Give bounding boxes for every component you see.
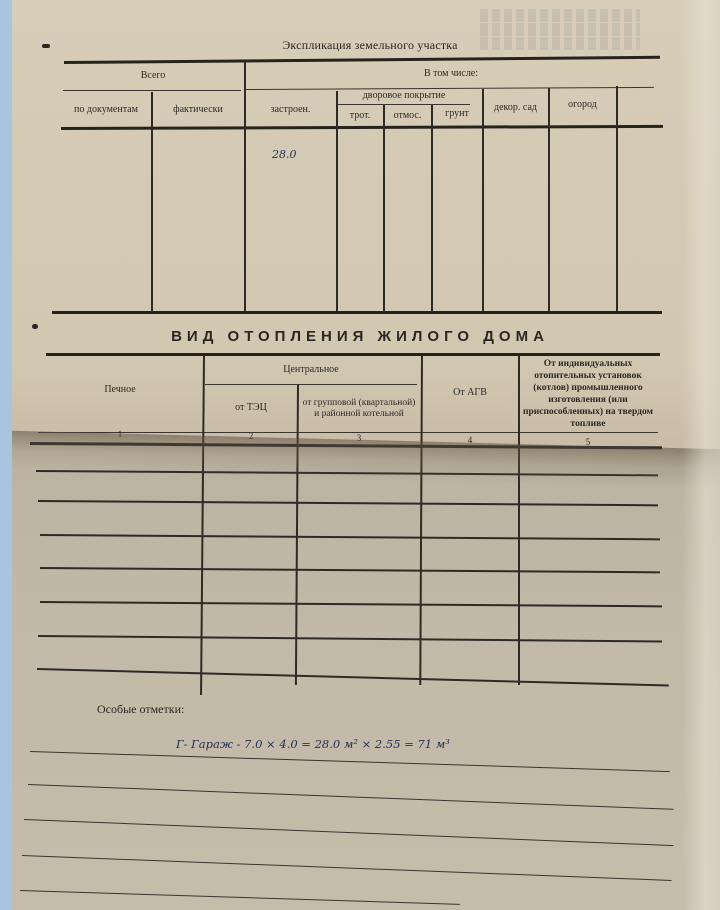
special-notes-label: Особые отметки: bbox=[97, 702, 184, 717]
header-from-chp: от ТЭЦ bbox=[205, 388, 297, 428]
ink-mark bbox=[32, 324, 38, 329]
land-col-divider bbox=[383, 105, 385, 311]
land-col-divider bbox=[431, 105, 433, 311]
header-central: Центральное bbox=[205, 358, 417, 382]
col-number-5: 5 bbox=[520, 436, 656, 448]
header-by-documents: по документам bbox=[62, 94, 150, 126]
heating-section-title: ВИД ОТОПЛЕНИЯ ЖИЛОГО ДОМА bbox=[60, 328, 660, 345]
header-including: В том числе: bbox=[246, 62, 656, 86]
col-number-3: 3 bbox=[299, 432, 419, 444]
document-page bbox=[12, 0, 720, 910]
header-yard-cover: дворовое покрытие bbox=[338, 88, 470, 104]
ink-blot bbox=[42, 44, 50, 48]
header-extra bbox=[617, 90, 659, 120]
land-table-total-divider bbox=[63, 90, 241, 91]
col-number-4: 4 bbox=[423, 434, 517, 446]
central-divider bbox=[205, 384, 417, 385]
header-vegetable-garden: огород bbox=[549, 90, 616, 120]
header-from-boiler-house: от групповой (квартальной) и районной ко… bbox=[299, 388, 419, 430]
header-blind-area: отмос. bbox=[384, 106, 431, 126]
header-actual: фактически bbox=[152, 94, 244, 126]
built-up-value: 28.0 bbox=[272, 148, 297, 161]
land-table-bottom-border bbox=[52, 311, 662, 314]
header-built-up: застроен. bbox=[245, 94, 336, 126]
header-ground: грунт bbox=[432, 104, 482, 124]
col-number-1: 1 bbox=[40, 428, 200, 440]
header-from-agv: От АГВ bbox=[423, 360, 517, 426]
header-sidewalk: трот. bbox=[337, 106, 383, 126]
land-section-title: Экспликация земельного участка bbox=[200, 38, 540, 53]
land-col-divider bbox=[548, 88, 550, 311]
header-individual-units: От индивидуальных отопительных установок… bbox=[520, 356, 656, 432]
special-note-entry: Г- Гараж - 7.0 × 4.0 = 28.0 м² × 2.55 = … bbox=[176, 737, 450, 751]
header-stove: Печное bbox=[40, 360, 200, 420]
col-number-2: 2 bbox=[205, 430, 297, 442]
header-total: Всего bbox=[64, 64, 242, 88]
header-decor-garden: декор. сад bbox=[483, 90, 548, 126]
